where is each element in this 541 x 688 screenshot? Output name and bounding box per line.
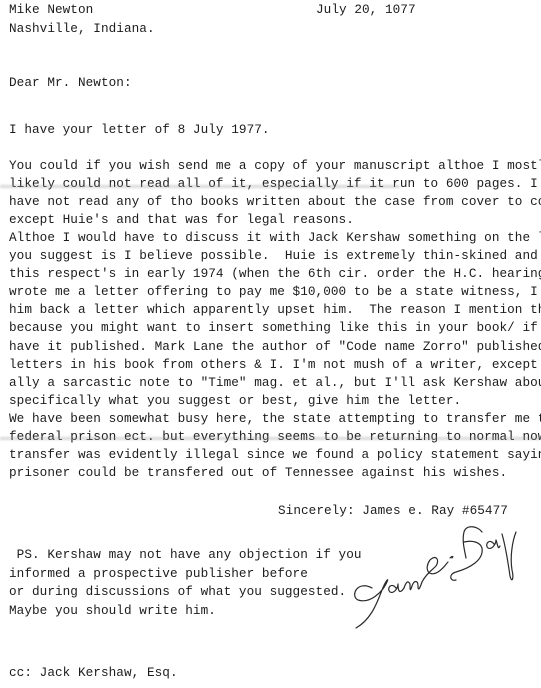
- closing-line: Sincerely: James e. Ray #65477: [278, 504, 508, 518]
- body-line: You could if you wish send me a copy of …: [9, 159, 541, 173]
- salutation: Dear Mr. Newton:: [9, 76, 132, 90]
- body-line: wrote me a letter offering to pay me $10…: [9, 285, 541, 299]
- recipient-location: Nashville, Indiana.: [9, 22, 155, 36]
- photocopy-smudge: [0, 185, 400, 188]
- body-line: transfer was evidently illegal since we …: [9, 448, 541, 462]
- body-line: because you might want to insert somethi…: [9, 321, 541, 335]
- postscript-line: Maybe you should write him.: [9, 604, 216, 618]
- body-line: have it published. Mark Lane the author …: [9, 340, 541, 354]
- letter-date: July 20, 1077: [316, 3, 416, 17]
- body-line: this respect's in early 1974 (when the 6…: [9, 267, 541, 281]
- signature-icon: [352, 518, 541, 638]
- body-line: specifically what you suggest or best, g…: [9, 394, 461, 408]
- body-line: ally a sarcastic note to "Time" mag. et …: [9, 376, 541, 390]
- body-line: you suggest is I believe possible. Huie …: [9, 249, 541, 263]
- cc-line: cc: Jack Kershaw, Esq.: [9, 666, 178, 680]
- body-line: except Huie's and that was for legal rea…: [9, 213, 354, 227]
- body-line: We have been somewhat busy here, the sta…: [9, 412, 541, 426]
- body-line: letters in his book from others & I. I'm…: [9, 358, 541, 372]
- body-line: prisoner could be transfered out of Tenn…: [9, 466, 507, 480]
- body-line: Althoe I would have to discuss it with J…: [9, 231, 541, 245]
- body-line: him back a letter which apparently upset…: [9, 303, 541, 317]
- body-line: have not read any of tho books written a…: [9, 195, 541, 209]
- recipient-name: Mike Newton: [9, 3, 93, 17]
- postscript-line: or during discussions of what you sugges…: [9, 585, 346, 599]
- postscript-line: informed a prospective publisher before: [9, 567, 308, 581]
- opening-line: I have your letter of 8 July 1977.: [9, 123, 270, 137]
- postscript-line: PS. Kershaw may not have any objection i…: [9, 548, 362, 562]
- photocopy-smudge: [0, 437, 541, 440]
